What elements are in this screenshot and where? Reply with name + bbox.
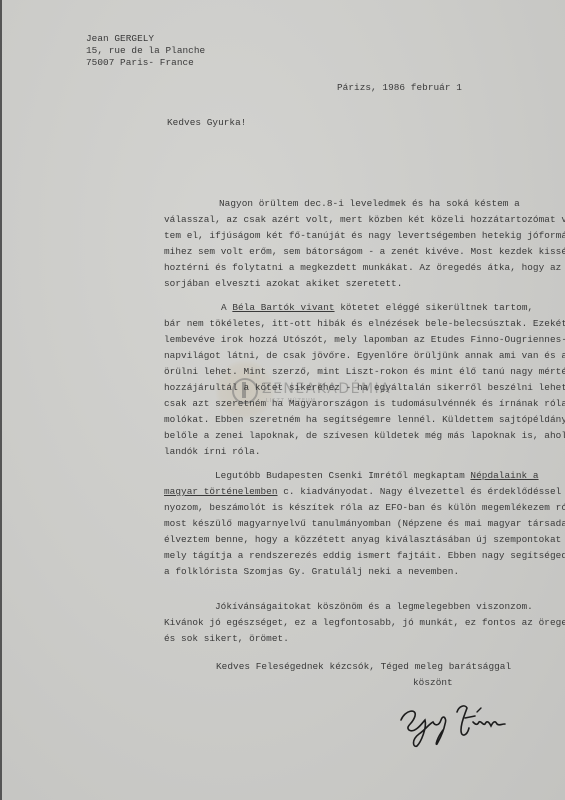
paragraph-1-line: mihez sem volt erőm, sem bátorságom - a … (164, 246, 565, 258)
paragraph-3-line: a folklórista Szomjas Gy. Gratulálj neki… (164, 566, 459, 578)
paragraph-1-line: Nagyon örültem dec.8-i leveledmek és ha … (219, 198, 520, 210)
paragraph-2-line: bár nem tökéletes, itt-ott hibák és elné… (164, 318, 565, 330)
closing-line: Kedves Feleségednek kézcsók, Téged meleg… (216, 661, 511, 673)
dateline: Párizs, 1986 február 1 (337, 82, 462, 94)
paragraph-1-line: sorjában elveszti azokat akiket szeretet… (164, 278, 402, 290)
sender-city: 75007 Paris- France (86, 57, 194, 69)
paragraph-2-line: napvilágot látni, de csak jövőre. Egyenl… (164, 350, 565, 362)
salutation: Kedves Gyurka! (167, 117, 246, 129)
paragraph-4-line: Jókívánságaitokat köszönöm és a legmeleg… (215, 601, 533, 613)
closing-word: köszönt (413, 677, 453, 689)
paragraph-3-line: nyozom, beszámolót is készítek róla az E… (164, 502, 565, 514)
paragraph-2-line: belőle a zenei lapoknak, de szívesen kül… (164, 430, 565, 442)
paragraph-3-line: élveztem benne, hogy a közzétett anyag k… (164, 534, 565, 546)
underlined-title: Népdalaink a (470, 470, 538, 481)
sender-street: 15, rue de la Planche (86, 45, 205, 57)
paragraph-4-line: és sok sikert, örömet. (164, 633, 289, 645)
paragraph-2-line: lembevéve irok hozzá Utószót, mely lapom… (164, 334, 565, 346)
paragraph-1-line: tem el, ifjúságom két fő-tanúját és nagy… (164, 230, 565, 242)
underlined-title: magyar történelemben (164, 486, 278, 497)
paragraph-2-line: A Béla Bartók vivant kötetet eléggé sike… (221, 302, 533, 314)
letter-page: ZENEAKADÉMIA LISZT MÚZEUM Jean GERGELY 1… (0, 0, 565, 800)
handwritten-signature (395, 700, 525, 750)
paragraph-2-line: molókat. Ebben szeretném ha segítségemre… (164, 414, 565, 426)
paragraph-2-line: landók írni róla. (164, 446, 261, 458)
paragraph-1-line: válasszal, az csak azért volt, mert közb… (164, 214, 565, 226)
paragraph-3-line: magyar történelemben c. kiadványodat. Na… (164, 486, 565, 498)
sender-name: Jean GERGELY (86, 33, 154, 45)
paragraph-2-line: hozzájárultál a kötet sikeréhez - ha egy… (164, 382, 565, 394)
paragraph-3-line: mely tágítja a rendszerezés eddig ismert… (164, 550, 565, 562)
underlined-title: Béla Bartók vivant (232, 302, 334, 313)
paragraph-2-line: örülni lehet. Mint szerző, mint Liszt-ro… (164, 366, 565, 378)
scan-edge (0, 0, 2, 800)
paragraph-4-line: Kivánok jó egészséget, ez a legfontosabb… (164, 617, 565, 629)
paragraph-2-line: csak azt szeretném ha Magyarországon is … (164, 398, 565, 410)
paragraph-3-line: Legutóbb Budapesten Csenki Imrétől megka… (215, 470, 539, 482)
paragraph-1-line: hoztérni és folytatni a megkezdett munká… (164, 262, 565, 274)
paragraph-3-line: most készülő magyarnyelvű tanulmányomban… (164, 518, 565, 530)
